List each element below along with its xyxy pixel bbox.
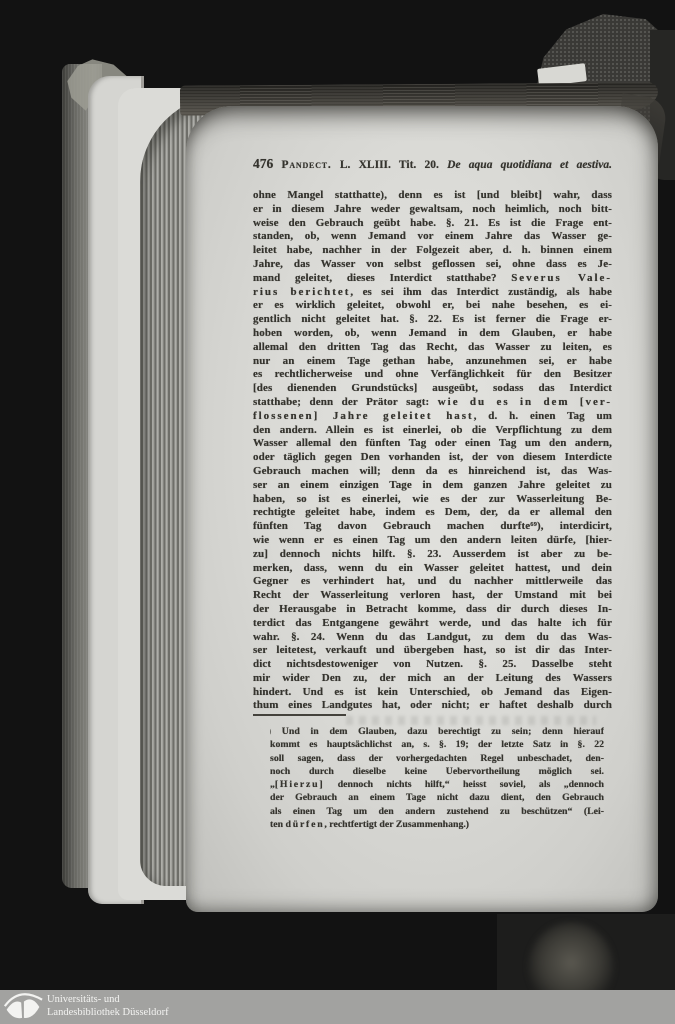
footnote-text-line: noch durch dieselbe keine Uebervortheilu… [270,765,604,778]
header-citation: L. XLIII. Tit. 20. [340,159,439,171]
body-text-line: Wasser allemal den fünften Tag oder eine… [253,437,612,451]
body-text-line: standen, ob, wenn Jemand vor einem Jahre… [253,230,612,244]
body-text-line: merken, dass, wenn du ein Wasser geleite… [253,562,612,576]
body-text-line: der Herausgabe in Betracht komme, dass d… [253,603,612,617]
body-text-line: oder täglich gegen Den vorhanden ist, de… [253,451,612,465]
body-text-line: wie wenn er es einen Tag um den andern l… [253,534,612,548]
footnote-text-line: kommt es hauptsächlichst an, s. §. 19; d… [270,738,604,751]
body-text-line: hoben worden, ob, wenn Jemand in dem Gla… [253,327,612,341]
body-text-line: terdict das Entgangene gewährt werde, un… [253,617,612,631]
body-text-line: dict nichtsdestoweniger von Nutzen. §. 2… [253,658,612,672]
body-text-line: rius berichtet, es sei ihm das Interdict… [253,286,612,300]
footnote-text-line: ten dürfen, rechtfertigt der Zusammenhan… [270,818,604,831]
body-text-line: Recht der Wasserleitung verloren hast, d… [253,589,612,603]
body-text-line: Gegner es verhindert hat, und du nachher… [253,575,612,589]
body-text-line: [des dienenden Grundstücks] ausgeübt, so… [253,382,612,396]
footnote-text-line: soll sagen, dass der vorhergedachten Reg… [270,752,604,765]
page-header: 476 Pandect. L. XLIII. Tit. 20. De aqua … [253,156,612,173]
body-text-line: er in diesem Jahre weder gewaltsam, noch… [253,203,612,217]
body-text-line: ser an einem einzigen Tage in dem ganzen… [253,479,612,493]
body-text-line: wahr. §. 24. Wenn du das Landgut, zu dem… [253,631,612,645]
book-page: 476 Pandect. L. XLIII. Tit. 20. De aqua … [186,106,658,912]
body-text-line: Gebrauch machen will; denn da es hinreic… [253,465,612,479]
body-text-line: fünften Tag davon Gebrauch machen durfte… [253,520,612,534]
scanned-book-photo: { "scan": { "header": { "page_number": "… [0,0,675,1024]
body-text-line: er es wirklich geleitet, obwohl er, bei … [253,299,612,313]
footnote-text-line: der Gebrauch an einem Tage nicht dazu di… [270,791,604,804]
body-text-line: weise den Gebrauch geübt habe. §. 21. Es… [253,217,612,231]
body-text-line: zu] dennoch nichts hilft. §. 23. Ausserd… [253,548,612,562]
library-name: Universitäts- und Landesbibliothek Düsse… [47,993,169,1019]
body-text-line: mir wider Den zu, der mich an der Leitun… [253,672,612,686]
open-book-logo-icon [3,991,43,1023]
header-series: Pandect. [282,159,332,171]
body-text-block: ohne Mangel statthatte), denn es ist [un… [253,189,612,713]
body-text-line: ohne Mangel statthatte), denn es ist [un… [253,189,612,203]
footnote-separator-rule [253,714,346,716]
body-text-line: mand geleitet, dieses Interdict statthab… [253,272,612,286]
header-chapter: De aqua quotidiana et aestiva. [447,159,612,171]
ink-bleedthrough [346,716,596,725]
body-text-line: gentlich nicht geleitet hat. §. 22. Es i… [253,313,612,327]
body-text-line: allemal den dritten Tag das Recht, das W… [253,341,612,355]
body-text-line: nur an einem Tage gethan habe, anzunehme… [253,355,612,369]
page-number: 476 [253,156,273,171]
body-text-line: statthabe; denn der Prätor sagt: wie du … [253,396,612,410]
body-text-line: ser leitetest, verkauft und übergeben ha… [253,644,612,658]
footnote-text-line: „[Hierzu] dennoch nichts hilft,“ heisst … [270,778,604,791]
body-text-line: leitet habe, nachher in der Folgezeit ab… [253,244,612,258]
body-text-line: den andern. Allein es ist einerlei, ob d… [253,424,612,438]
footnote-text-line: als einen Tag um den andern zustehend zu… [270,805,604,818]
library-name-line1: Universitäts- und [47,993,169,1006]
body-text-line: thum eines Landgutes hat, oder nicht; er… [253,699,612,713]
body-text-line: rechtigte geleitet habe, indem es Dem, d… [253,506,612,520]
body-text-line: es rechtlicherweise und ohne Verfänglich… [253,368,612,382]
body-text-line: Jahre, das Wasser von selbst geflossen s… [253,258,612,272]
library-name-line2: Landesbibliothek Düsseldorf [47,1006,169,1019]
library-watermark-bar: Universitäts- und Landesbibliothek Düsse… [0,990,675,1024]
footnote-text-block: 69) Und in dem Glauben, dazu berechtigt … [270,725,604,831]
body-text-line: flossenen] Jahre geleitet hast, d. h. ei… [253,410,612,424]
body-text-line: haben, so ist es einerlei, wie es der zu… [253,493,612,507]
footnote-text-line: 69) Und in dem Glauben, dazu berechtigt … [270,725,604,738]
body-text-line: hindert. Und es ist kein Unterschied, ob… [253,686,612,700]
